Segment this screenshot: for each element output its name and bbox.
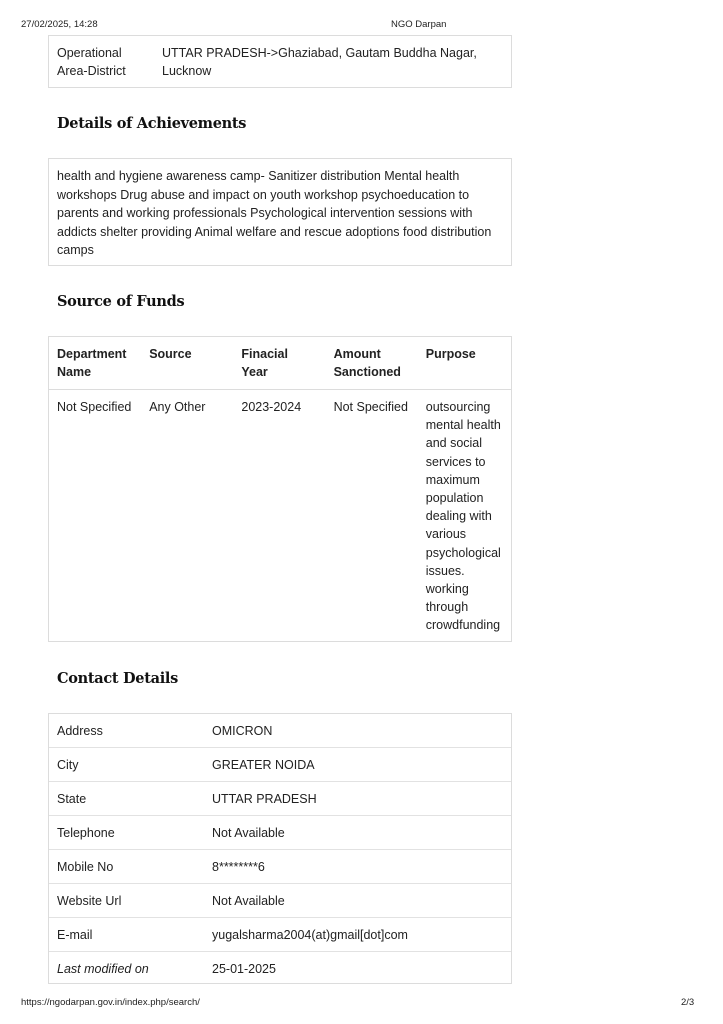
address-label: Address [49, 714, 204, 748]
col-amount-sanctioned: Amount Sanctioned [326, 337, 418, 390]
contact-row-address: Address OMICRON [49, 714, 511, 748]
cell-source: Any Other [141, 390, 233, 643]
telephone-value: Not Available [204, 816, 511, 850]
cell-amount-sanctioned: Not Specified [326, 390, 418, 643]
funds-heading: Source of Funds [57, 293, 184, 310]
contact-row-email: E-mail yugalsharma2004(at)gmail[dot]com [49, 918, 511, 952]
funds-header-row: Department Name Source Finacial Year Amo… [49, 337, 511, 390]
city-label: City [49, 748, 204, 782]
funds-table: Department Name Source Finacial Year Amo… [48, 336, 512, 642]
contact-row-state: State UTTAR PRADESH [49, 782, 511, 816]
contact-row-city: City GREATER NOIDA [49, 748, 511, 782]
operational-area-table: Operational Area-District UTTAR PRADESH-… [48, 35, 512, 88]
table-row: Not Specified Any Other 2023-2024 Not Sp… [49, 390, 511, 643]
achievements-heading: Details of Achievements [57, 115, 246, 132]
email-label: E-mail [49, 918, 204, 952]
operational-area-label: Operational Area-District [57, 44, 147, 80]
achievements-text: health and hygiene awareness camp- Sanit… [57, 169, 491, 257]
contact-row-mobile: Mobile No 8********6 [49, 850, 511, 884]
col-purpose: Purpose [418, 337, 511, 390]
achievements-box: health and hygiene awareness camp- Sanit… [48, 158, 512, 266]
contact-row-website: Website Url Not Available [49, 884, 511, 918]
last-modified-value: 25-01-2025 [204, 952, 511, 986]
contact-row-telephone: Telephone Not Available [49, 816, 511, 850]
col-source: Source [141, 337, 233, 390]
cell-financial-year: 2023-2024 [233, 390, 325, 643]
address-value: OMICRON [204, 714, 511, 748]
print-page-title: NGO Darpan [391, 19, 446, 30]
telephone-label: Telephone [49, 816, 204, 850]
operational-area-value: UTTAR PRADESH->Ghaziabad, Gautam Buddha … [162, 44, 502, 80]
last-modified-label: Last modified on [49, 952, 204, 986]
cell-department-name: Not Specified [49, 390, 141, 643]
contact-row-last-modified: Last modified on 25-01-2025 [49, 952, 511, 986]
contact-heading: Contact Details [57, 670, 178, 687]
cell-purpose: outsourcing mental health and social ser… [418, 390, 511, 643]
website-value: Not Available [204, 884, 511, 918]
contact-table: Address OMICRON City GREATER NOIDA State… [48, 713, 512, 984]
website-label: Website Url [49, 884, 204, 918]
mobile-value: 8********6 [204, 850, 511, 884]
state-label: State [49, 782, 204, 816]
city-value: GREATER NOIDA [204, 748, 511, 782]
print-footer-url: https://ngodarpan.gov.in/index.php/searc… [21, 997, 200, 1008]
print-datetime: 27/02/2025, 14:28 [21, 19, 98, 30]
state-value: UTTAR PRADESH [204, 782, 511, 816]
print-page-number: 2/3 [681, 997, 694, 1008]
email-value: yugalsharma2004(at)gmail[dot]com [204, 918, 511, 952]
col-department-name: Department Name [49, 337, 141, 390]
mobile-label: Mobile No [49, 850, 204, 884]
col-financial-year: Finacial Year [233, 337, 325, 390]
